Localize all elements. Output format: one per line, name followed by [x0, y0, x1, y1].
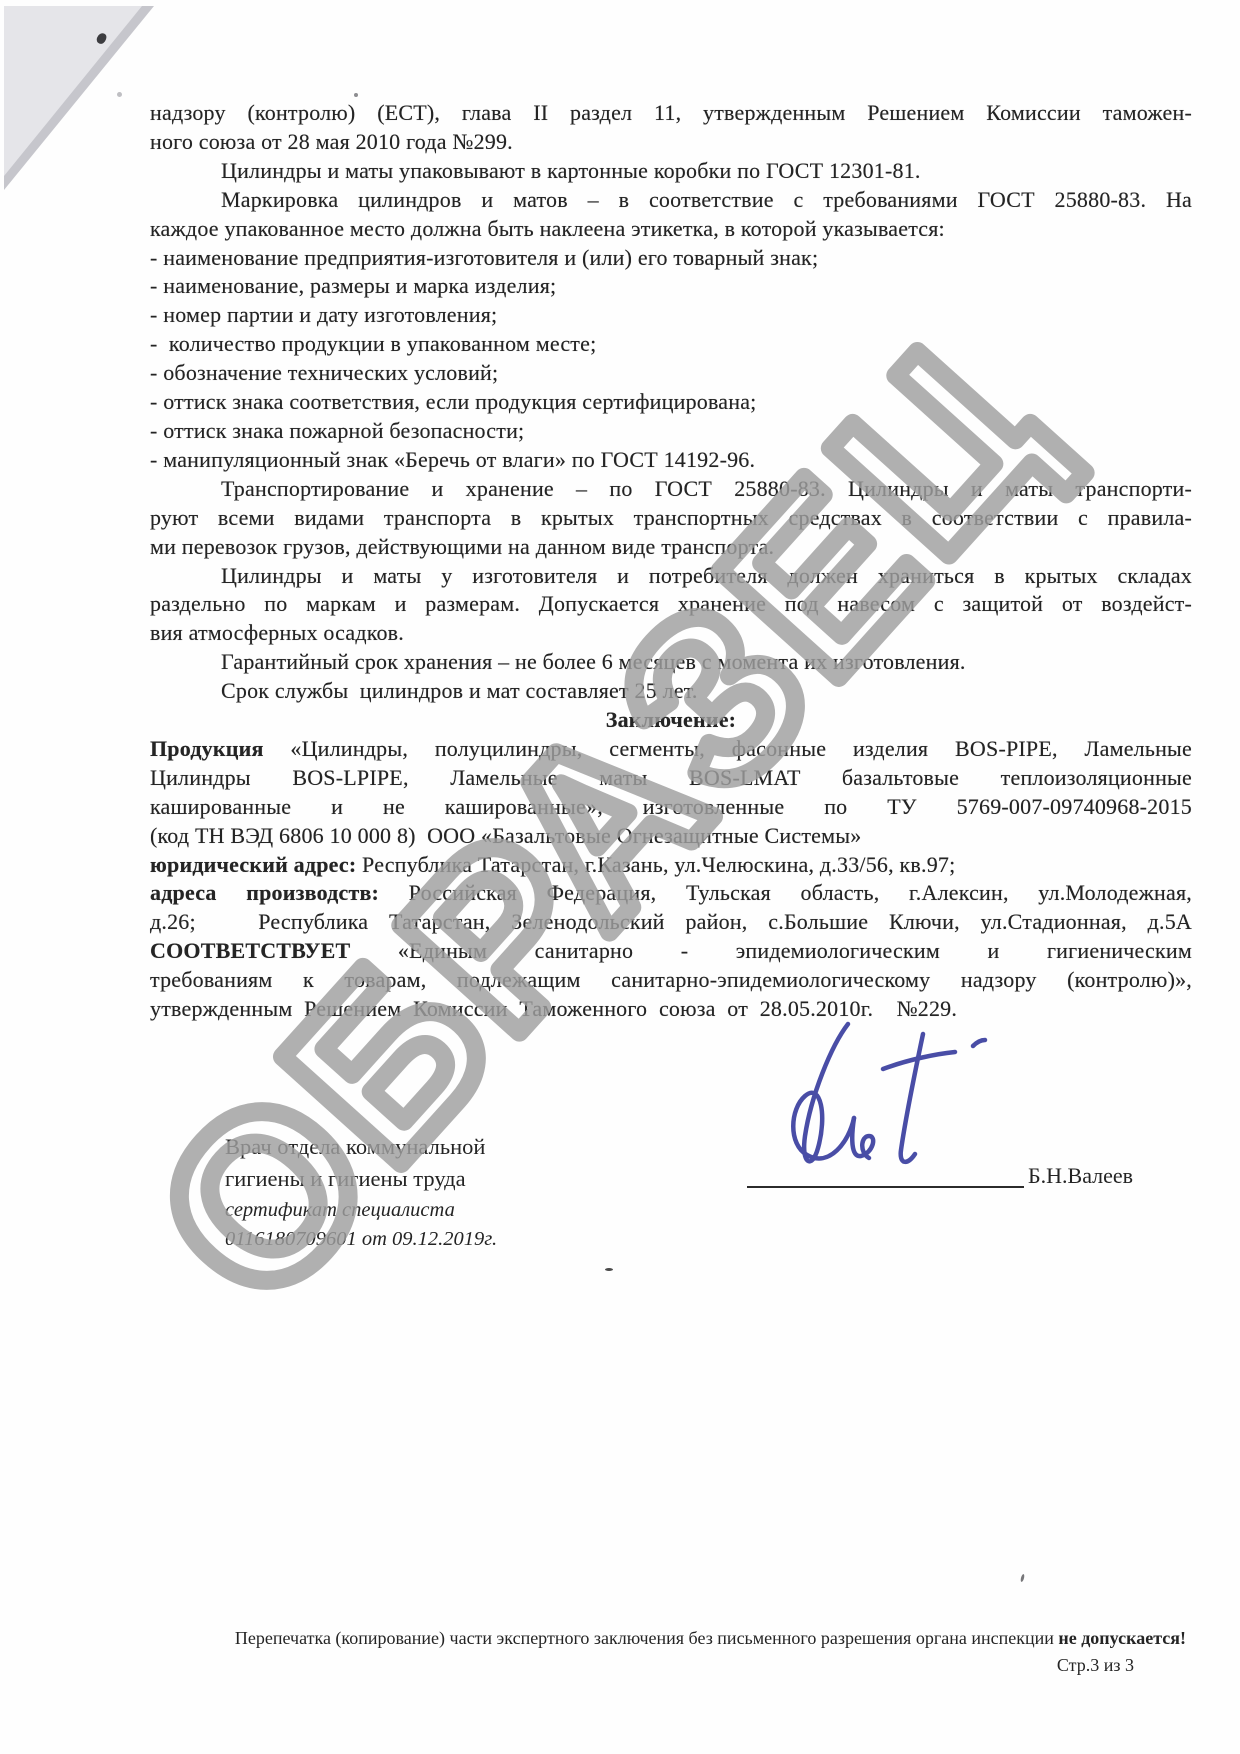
specialist-certificate: сертификат специалиста 0116180709601 от …: [225, 1196, 497, 1253]
doc-line: Срок службы цилиндров и мат составляет 2…: [150, 677, 1192, 706]
doc-line: Транспортирование и хранение – по ГОСТ 2…: [150, 475, 1192, 504]
text-run: д.26; Республика Татарстан, Зеленодольск…: [150, 909, 1192, 934]
doc-line: д.26; Республика Татарстан, Зеленодольск…: [150, 908, 1192, 937]
text-run: руют всеми видами транспорта в крытых тр…: [150, 505, 1192, 530]
doc-line: кашированные и не кашированные», изготов…: [150, 793, 1192, 822]
page-number: Стр.3 из 3: [150, 1653, 1186, 1677]
doc-line: - количество продукции в упакованном мес…: [150, 330, 1192, 359]
doc-line: - оттиск знака пожарной безопасности;: [150, 417, 1192, 446]
copy-prohibition-notice: Перепечатка (копирование) части экспертн…: [150, 1626, 1186, 1650]
text-run: Цилиндры BOS-LPIPE, Ламельные маты BOS-L…: [150, 765, 1192, 790]
doc-line: Цилиндры и маты упаковывают в картонные …: [150, 157, 1192, 186]
text-run: юридический адрес:: [150, 852, 356, 877]
doc-line: - манипуляционный знак «Беречь от влаги»…: [150, 446, 1192, 475]
certificate-line: сертификат специалиста: [225, 1196, 497, 1225]
text-run: требованиям к товарам, подлежащим санита…: [150, 967, 1192, 992]
text-run: Цилиндры и маты упаковывают в картонные …: [221, 158, 921, 183]
doc-line: (код ТН ВЭД 6806 10 000 8) ООО «Базальто…: [150, 822, 1192, 851]
doc-line: вия атмосферных осадков.: [150, 619, 1192, 648]
scan-dot-artifact: [117, 92, 122, 97]
doc-line: СООТВЕТСТВУЕТ «Единым санитарно - эпидем…: [150, 937, 1192, 966]
doc-line: - оттиск знака соответствия, если продук…: [150, 388, 1192, 417]
text-run: - наименование предприятия-изготовителя …: [150, 245, 818, 270]
text-run: - манипуляционный знак «Беречь от влаги»…: [150, 447, 755, 472]
text-run: Заключение:: [606, 707, 736, 732]
handwritten-signature: [755, 1012, 1015, 1187]
text-run: Срок службы цилиндров и мат составляет 2…: [221, 678, 698, 703]
text-run: вия атмосферных осадков.: [150, 620, 404, 645]
text-run: «Цилиндры, полуцилиндры, сегменты, фасон…: [264, 736, 1192, 761]
doc-line: Гарантийный срок хранения – не более 6 м…: [150, 648, 1192, 677]
text-run: ми перевозок грузов, действующими на дан…: [150, 534, 774, 559]
text-run: раздельно по маркам и размерам. Допускае…: [150, 591, 1192, 616]
text-run: каждое упакованное место должна быть нак…: [150, 216, 945, 241]
doc-line: - обозначение технических условий;: [150, 359, 1192, 388]
scan-speck: [354, 93, 358, 97]
signatory-name: Б.Н.Валеев: [1028, 1163, 1133, 1189]
text-run: - номер партии и дату изготовления;: [150, 302, 497, 327]
text-run: - оттиск знака пожарной безопасности;: [150, 418, 524, 443]
text-run: Продукция: [150, 736, 264, 761]
doc-line: - наименование, размеры и марка изделия;: [150, 272, 1192, 301]
doc-line: требованиям к товарам, подлежащим санита…: [150, 966, 1192, 995]
doc-line: - номер партии и дату изготовления;: [150, 301, 1192, 330]
text-run: Гарантийный срок хранения – не более 6 м…: [221, 649, 966, 674]
text-run: ного союза от 28 мая 2010 года №299.: [150, 129, 513, 154]
text-run: СООТВЕТСТВУЕТ: [150, 938, 350, 963]
text-run: - оттиск знака соответствия, если продук…: [150, 389, 757, 414]
doc-line: - наименование предприятия-изготовителя …: [150, 244, 1192, 273]
text-run: надзору (контролю) (ЕСТ), глава II разде…: [150, 100, 1192, 125]
signatory-role: Врач отдела коммунальной гигиены и гигие…: [225, 1131, 485, 1194]
text-run: Транспортирование и хранение – по ГОСТ 2…: [221, 476, 1192, 501]
doc-line: надзору (контролю) (ЕСТ), глава II разде…: [150, 99, 1192, 128]
page-footer: Перепечатка (копирование) части экспертн…: [150, 1626, 1186, 1677]
text-run: адреса производств:: [150, 880, 379, 905]
doc-line: Цилиндры и маты у изготовителя и потреби…: [150, 562, 1192, 591]
doc-line: Маркировка цилиндров и матов – в соответ…: [150, 186, 1192, 215]
doc-line: юридический адрес: Республика Татарстан,…: [150, 851, 1192, 880]
signatory-role-line: гигиены и гигиены труда: [225, 1163, 485, 1195]
doc-line: утвержденным Решением Комиссии Таможенно…: [150, 995, 1192, 1024]
scan-speck: [1020, 1574, 1025, 1583]
doc-line: ми перевозок грузов, действующими на дан…: [150, 533, 1192, 562]
text-run: - обозначение технических условий;: [150, 360, 498, 385]
text-run: Маркировка цилиндров и матов – в соответ…: [221, 187, 1192, 212]
text-run: - наименование, размеры и марка изделия;: [150, 273, 556, 298]
signatory-role-line: Врач отдела коммунальной: [225, 1131, 485, 1163]
doc-line: адреса производств: Российская Федерация…: [150, 879, 1192, 908]
text-run: кашированные и не кашированные», изготов…: [150, 794, 1192, 819]
doc-line: руют всеми видами транспорта в крытых тр…: [150, 504, 1192, 533]
doc-line: раздельно по маркам и размерам. Допускае…: [150, 590, 1192, 619]
text-run: Российская Федерация, Тульская область, …: [379, 880, 1192, 905]
text-run: - количество продукции в упакованном мес…: [150, 331, 596, 356]
text-run: (код ТН ВЭД 6806 10 000 8) ООО «Базальто…: [150, 823, 861, 848]
text-run: Республика Татарстан, г.Казань, ул.Челюс…: [356, 852, 955, 877]
text-run: Цилиндры и маты у изготовителя и потреби…: [221, 563, 1192, 588]
doc-line: Цилиндры BOS-LPIPE, Ламельные маты BOS-L…: [150, 764, 1192, 793]
notice-text: Перепечатка (копирование) части экспертн…: [235, 1628, 1058, 1648]
notice-text-bold: не допускается!: [1058, 1628, 1186, 1648]
doc-line: каждое упакованное место должна быть нак…: [150, 215, 1192, 244]
doc-line: Продукция «Цилиндры, полуцилиндры, сегме…: [150, 735, 1192, 764]
doc-line: Заключение:: [150, 706, 1192, 735]
certificate-line: 0116180709601 от 09.12.2019г.: [225, 1225, 497, 1254]
document-text: надзору (контролю) (ЕСТ), глава II разде…: [150, 99, 1192, 1024]
text-run: «Единым санитарно - эпидемиологическим и…: [350, 938, 1192, 963]
doc-line: ного союза от 28 мая 2010 года №299.: [150, 128, 1192, 157]
scanned-document-page: надзору (контролю) (ЕСТ), глава II разде…: [0, 0, 1240, 1754]
scan-speck: [605, 1268, 613, 1271]
